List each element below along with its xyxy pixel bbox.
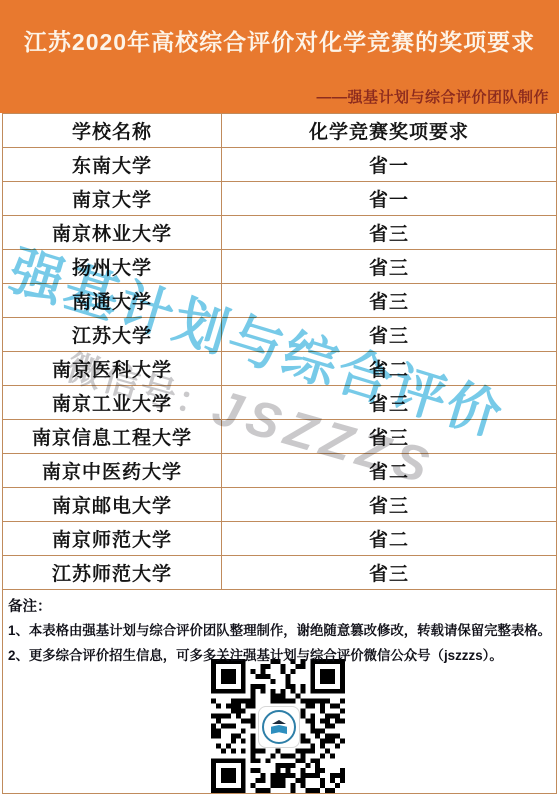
award-requirement-cell: 省一: [222, 148, 556, 181]
table-row: 南京林业大学 省三: [3, 216, 556, 250]
table-row: 南京大学 省一: [3, 182, 556, 216]
school-name-cell: 江苏师范大学: [3, 556, 222, 589]
school-name-cell: 扬州大学: [3, 250, 222, 283]
table-row: 南京师范大学 省二: [3, 522, 556, 556]
header-award-requirement: 化学竞赛奖项要求: [222, 114, 556, 147]
logo-ring-icon: [262, 710, 296, 744]
table-row: 江苏师范大学 省三: [3, 556, 556, 590]
school-name-cell: 江苏大学: [3, 318, 222, 351]
award-requirement-cell: 省二: [222, 454, 556, 487]
table-row: 南京信息工程大学 省三: [3, 420, 556, 454]
table-row: 南通大学 省三: [3, 284, 556, 318]
page-title: 江苏2020年高校综合评价对化学竞赛的奖项要求: [0, 24, 559, 57]
table-body: 东南大学 省一 南京大学 省一 南京林业大学 省三 扬州大学 省三 南通大学 省…: [3, 148, 556, 590]
notes-section: 备注： 1、本表格由强基计划与综合评价团队整理制作，谢绝随意篡改修改，转载请保留…: [3, 590, 556, 668]
table-row: 南京中医药大学 省二: [3, 454, 556, 488]
school-name-cell: 南京师范大学: [3, 522, 222, 555]
qr-center-logo: [258, 706, 300, 748]
school-name-cell: 南京信息工程大学: [3, 420, 222, 453]
infographic-page: 江苏2020年高校综合评价对化学竞赛的奖项要求 ——强基计划与综合评价团队制作 …: [0, 0, 559, 796]
table-row: 扬州大学 省三: [3, 250, 556, 284]
table-row: 东南大学 省一: [3, 148, 556, 182]
table-row: 南京工业大学 省三: [3, 386, 556, 420]
award-requirement-cell: 省三: [222, 488, 556, 521]
school-name-cell: 南京中医药大学: [3, 454, 222, 487]
notes-label: 备注：: [8, 596, 551, 618]
header-school-name: 学校名称: [3, 114, 222, 147]
graduation-cap-icon: [272, 720, 286, 724]
award-requirement-cell: 省三: [222, 318, 556, 351]
school-name-cell: 南通大学: [3, 284, 222, 317]
school-name-cell: 南京工业大学: [3, 386, 222, 419]
table-header-row: 学校名称 化学竞赛奖项要求: [3, 114, 556, 148]
award-requirement-cell: 省二: [222, 522, 556, 555]
award-requirement-cell: 省三: [222, 250, 556, 283]
award-requirement-cell: 省三: [222, 284, 556, 317]
school-name-cell: 南京邮电大学: [3, 488, 222, 521]
note-item-2: 2、更多综合评价招生信息，可多多关注强基计划与综合评价微信公众号（jszzzs）…: [8, 643, 551, 668]
award-requirement-cell: 省二: [222, 352, 556, 385]
school-name-cell: 南京大学: [3, 182, 222, 215]
award-requirement-cell: 省三: [222, 216, 556, 249]
table-row: 南京邮电大学 省三: [3, 488, 556, 522]
table-row: 江苏大学 省三: [3, 318, 556, 352]
award-requirement-cell: 省三: [222, 556, 556, 589]
award-requirement-cell: 省一: [222, 182, 556, 215]
banner: 江苏2020年高校综合评价对化学竞赛的奖项要求 ——强基计划与综合评价团队制作: [0, 0, 559, 113]
open-book-icon: [271, 725, 287, 734]
note-item-1: 1、本表格由强基计划与综合评价团队整理制作，谢绝随意篡改修改，转载请保留完整表格…: [8, 618, 551, 643]
banner-credit: ——强基计划与综合评价团队制作: [316, 86, 549, 107]
award-table: 学校名称 化学竞赛奖项要求 东南大学 省一 南京大学 省一 南京林业大学 省三 …: [3, 114, 556, 590]
qr-code: [211, 659, 345, 793]
school-name-cell: 南京医科大学: [3, 352, 222, 385]
school-name-cell: 东南大学: [3, 148, 222, 181]
award-requirement-cell: 省三: [222, 420, 556, 453]
award-requirement-cell: 省三: [222, 386, 556, 419]
table-row: 南京医科大学 省二: [3, 352, 556, 386]
school-name-cell: 南京林业大学: [3, 216, 222, 249]
